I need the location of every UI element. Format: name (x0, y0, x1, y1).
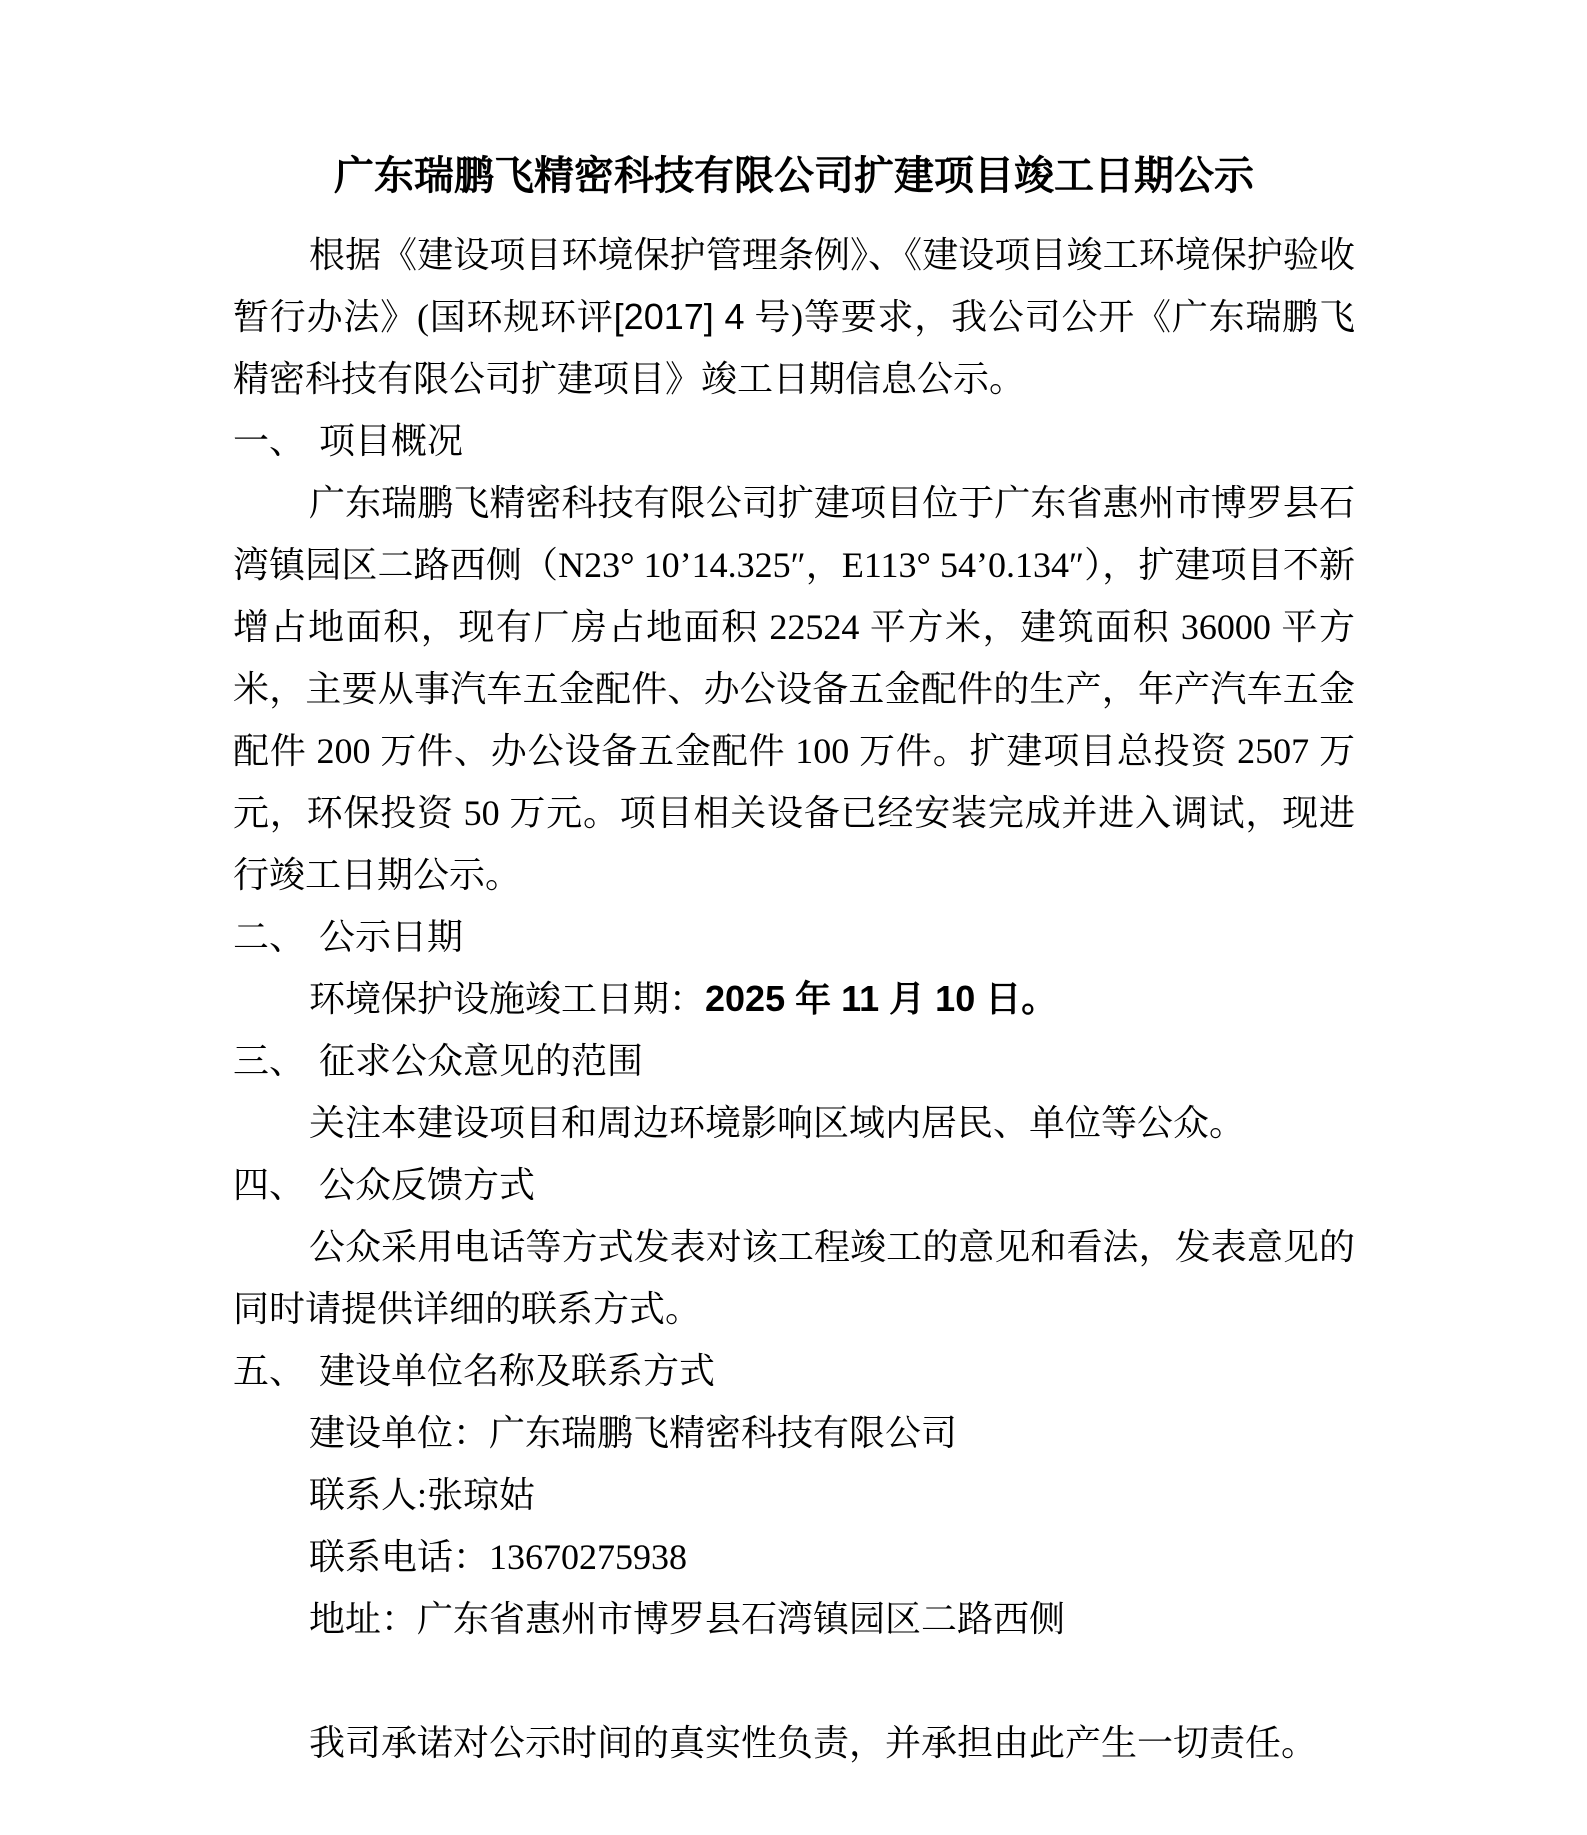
company-label: 建设单位： (309, 1413, 489, 1453)
address-label: 地址： (309, 1599, 417, 1639)
completion-date-value: 2025 年 11 月 10 日。 (705, 978, 1057, 1019)
section-4-title: 公众反馈方式 (319, 1165, 535, 1205)
section-3-heading: 三、征求公众意见的范围 (233, 1030, 1355, 1092)
completion-date-paragraph: 环境保护设施竣工日期：2025 年 11 月 10 日。 (233, 968, 1355, 1030)
section-2-number: 二、 (233, 917, 305, 957)
company-value: 广东瑞鹏飞精密科技有限公司 (489, 1413, 957, 1453)
phone-value: 13670275938 (489, 1537, 687, 1577)
section-4-heading: 四、公众反馈方式 (233, 1154, 1355, 1216)
section-3-title: 征求公众意见的范围 (319, 1041, 643, 1081)
section-2-heading: 二、公示日期 (233, 906, 1355, 968)
intro-paragraph: 根据《建设项目环境保护管理条例》、《建设项目竣工环境保护验收暂行办法》(国环规环… (233, 224, 1355, 410)
address-line: 地址：广东省惠州市博罗县石湾镇园区二路西侧 (233, 1588, 1355, 1650)
document-page: 广东瑞鹏飞精密科技有限公司扩建项目竣工日期公示 根据《建设项目环境保护管理条例》… (0, 0, 1587, 1835)
opinion-scope-paragraph: 关注本建设项目和周边环境影响区域内居民、单位等公众。 (233, 1092, 1355, 1154)
section-5-heading: 五、建设单位名称及联系方式 (233, 1340, 1355, 1402)
section-4-number: 四、 (233, 1165, 305, 1205)
phone-label: 联系电话： (309, 1537, 489, 1577)
company-line: 建设单位：广东瑞鹏飞精密科技有限公司 (233, 1402, 1355, 1464)
project-overview-paragraph: 广东瑞鹏飞精密科技有限公司扩建项目位于广东省惠州市博罗县石湾镇园区二路西侧（N2… (233, 472, 1355, 906)
contact-person-line: 联系人:张琼姑 (233, 1464, 1355, 1526)
intro-document-number: [2017] 4 (614, 296, 745, 337)
section-3-number: 三、 (233, 1041, 305, 1081)
address-value: 广东省惠州市博罗县石湾镇园区二路西侧 (417, 1599, 1065, 1639)
section-5-title: 建设单位名称及联系方式 (319, 1351, 715, 1391)
section-5-number: 五、 (233, 1351, 305, 1391)
phone-line: 联系电话：13670275938 (233, 1526, 1355, 1588)
section-2-title: 公示日期 (319, 917, 463, 957)
closing-statement-paragraph: 我司承诺对公示时间的真实性负责，并承担由此产生一切责任。 (233, 1712, 1355, 1774)
feedback-method-paragraph: 公众采用电话等方式发表对该工程竣工的意见和看法，发表意见的同时请提供详细的联系方… (233, 1216, 1355, 1340)
section-1-title: 项目概况 (319, 421, 463, 461)
section-1-heading: 一、项目概况 (233, 410, 1355, 472)
section-1-number: 一、 (233, 421, 305, 461)
contact-person-value: 张琼姑 (427, 1475, 535, 1515)
completion-date-label: 环境保护设施竣工日期： (309, 979, 705, 1019)
contact-person-label: 联系人: (309, 1475, 427, 1515)
document-title: 广东瑞鹏飞精密科技有限公司扩建项目竣工日期公示 (233, 152, 1355, 200)
